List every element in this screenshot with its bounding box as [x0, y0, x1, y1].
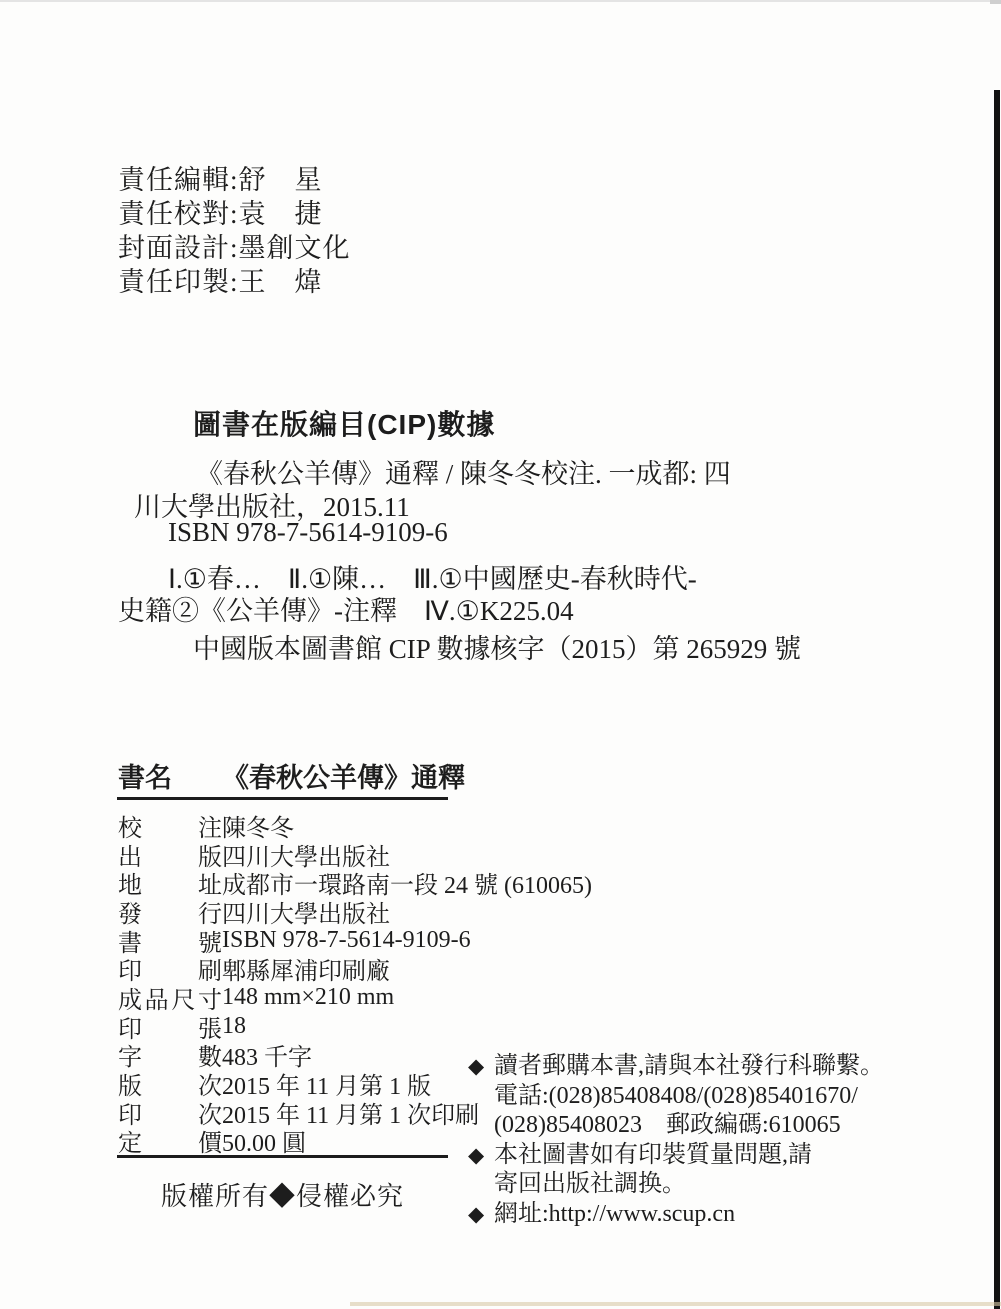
- row-value: 郫縣犀浦印刷廠: [222, 951, 390, 986]
- book-title-label: 書名: [118, 756, 222, 795]
- staff-name: 舒 星: [239, 165, 323, 195]
- table-row-trim-size: 成品尺寸148 mm×210 mm: [118, 983, 598, 1012]
- row-value: 四川大學出版社: [222, 894, 390, 929]
- cip-isbn: ISBN 978-7-5614-9109-6: [168, 517, 448, 548]
- scan-edge-bottom: [350, 1302, 1001, 1306]
- table-row-distributor: 發行四川大學出版社: [118, 897, 598, 926]
- table-row-sheets: 印張18: [118, 1012, 598, 1041]
- table-row-printer: 印刷郫縣犀浦印刷廠: [118, 954, 598, 983]
- row-value: ISBN 978-7-5614-9109-6: [222, 927, 471, 954]
- book-title-row: 書名 《春秋公羊傳》通釋: [118, 756, 465, 795]
- scan-edge-right: [994, 90, 1000, 1309]
- divider-rule-bottom: [117, 1155, 448, 1158]
- staff-line-print-supervisor: 責任印製:王 煒: [118, 265, 351, 299]
- publisher-notices: ◆ 讀者郵購本書,請與本社發行科聯繫。 電話:(028)85408408/(02…: [468, 1052, 918, 1229]
- cip-record-number: 中國版本圖書館 CIP 數據核字（2015）第 265929 號: [193, 627, 801, 666]
- staff-name: 王 煒: [239, 267, 323, 297]
- notice-line-url: 網址:http://www.scup.cn: [494, 1200, 918, 1230]
- scan-edge-corner-tick: [990, 0, 1001, 4]
- divider-rule-top: [117, 797, 448, 800]
- notice-line: 讀者郵購本書,請與本社發行科聯繫。: [494, 1052, 918, 1082]
- diamond-bullet-icon: ◆: [468, 1052, 494, 1141]
- cip-heading: 圖書在版編目(CIP)數據: [193, 403, 495, 443]
- table-row-annotator: 校注陳冬冬: [118, 811, 598, 840]
- diamond-bullet-icon: ◆: [468, 1200, 494, 1230]
- staff-credits: 責任編輯:舒 星 責任校對:袁 捷 封面設計:墨創文化 責任印製:王 煒: [118, 163, 351, 299]
- table-row-publisher: 出版四川大學出版社: [118, 840, 598, 869]
- staff-label: 責任校對:: [118, 199, 239, 229]
- staff-line-cover-design: 封面設計:墨創文化: [118, 231, 351, 265]
- notice-line: 寄回出版社調换。: [494, 1170, 918, 1200]
- row-value: 18: [222, 1013, 246, 1040]
- copyright-notice: 版權所有◆侵權必究: [117, 1176, 448, 1213]
- staff-label: 責任印製:: [118, 267, 239, 297]
- notice-website: ◆ 網址:http://www.scup.cn: [468, 1200, 918, 1230]
- table-row-address: 地址成都市一環路南一段 24 號 (610065): [118, 868, 598, 897]
- row-label: 定價: [118, 1123, 222, 1158]
- notice-mail-order: ◆ 讀者郵購本書,請與本社發行科聯繫。 電話:(028)85408408/(02…: [468, 1052, 918, 1141]
- scan-edge-top: [0, 0, 1001, 2]
- staff-line-editor: 責任編輯:舒 星: [118, 163, 351, 197]
- diamond-bullet-icon: ◆: [468, 1141, 494, 1200]
- book-copyright-page: 責任編輯:舒 星 責任校對:袁 捷 封面設計:墨創文化 責任印製:王 煒 圖書在…: [0, 0, 1001, 1309]
- notice-line: 本社圖書如有印裝質量問題,請: [494, 1141, 918, 1171]
- row-value: 148 mm×210 mm: [222, 984, 394, 1011]
- staff-label: 封面設計:: [118, 233, 239, 263]
- staff-line-proofreader: 責任校對:袁 捷: [118, 197, 351, 231]
- notice-line-phone: 電話:(028)85408408/(028)85401670/: [494, 1082, 918, 1112]
- table-row-isbn: 書號ISBN 978-7-5614-9109-6: [118, 926, 598, 955]
- cip-classification-line-2: 史籍②《公羊傳》-注釋 Ⅳ.①K225.04: [118, 589, 574, 628]
- notice-line-postcode: (028)85408023 郵政編碼:610065: [494, 1111, 918, 1141]
- staff-name: 袁 捷: [239, 199, 323, 229]
- book-title: 《春秋公羊傳》通釋: [222, 756, 465, 795]
- notice-quality: ◆ 本社圖書如有印裝質量問題,請 寄回出版社調换。: [468, 1141, 918, 1200]
- row-value: 50.00 圓: [222, 1123, 306, 1158]
- staff-label: 責任編輯:: [118, 165, 239, 195]
- staff-name: 墨創文化: [239, 233, 351, 263]
